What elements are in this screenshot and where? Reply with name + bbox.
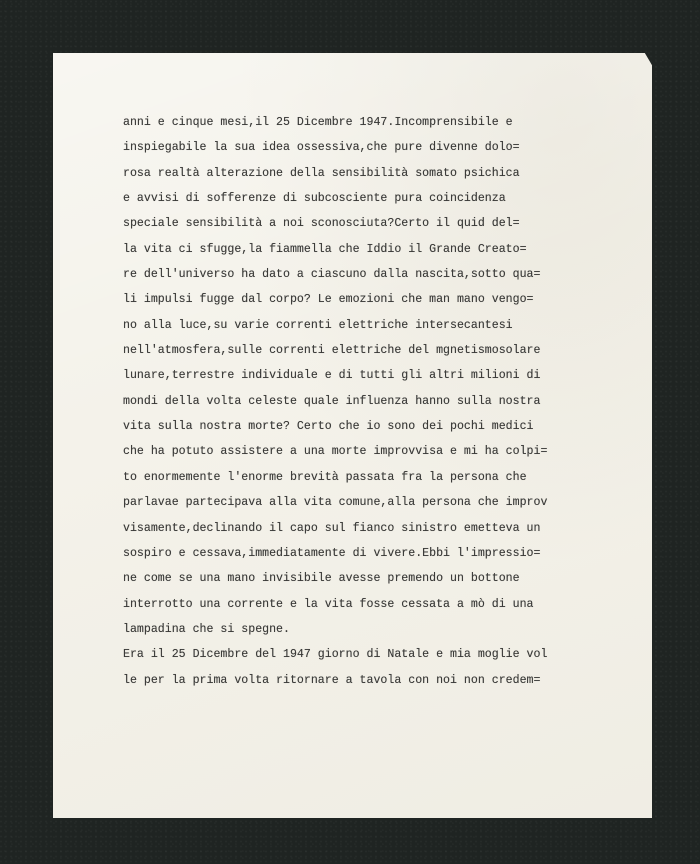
- text-line: vita sulla nostra morte? Certo che io so…: [123, 414, 547, 439]
- text-line: li impulsi fugge dal corpo? Le emozioni …: [123, 287, 547, 312]
- text-line: mondi della volta celeste quale influenz…: [123, 389, 547, 414]
- text-line: sospiro e cessava,immediatamente di vive…: [123, 541, 547, 566]
- text-line: le per la prima volta ritornare a tavola…: [123, 668, 547, 693]
- text-line: lunare,terrestre individuale e di tutti …: [123, 363, 547, 388]
- text-line: nell'atmosfera,sulle correnti elettriche…: [123, 338, 547, 363]
- typewritten-text-body: anni e cinque mesi,il 25 Dicembre 1947.I…: [123, 110, 547, 693]
- text-line: interrotto una corrente e la vita fosse …: [123, 592, 547, 617]
- text-line: inspiegabile la sua idea ossessiva,che p…: [123, 135, 547, 160]
- text-line: la vita ci sfugge,la fiammella che Iddio…: [123, 237, 547, 262]
- text-line: parlavae partecipava alla vita comune,al…: [123, 490, 547, 515]
- text-line: visamente,declinando il capo sul fianco …: [123, 516, 547, 541]
- text-line: ne come se una mano invisibile avesse pr…: [123, 566, 547, 591]
- text-line: no alla luce,su varie correnti elettrich…: [123, 313, 547, 338]
- text-line: rosa realtà alterazione della sensibilit…: [123, 161, 547, 186]
- text-line: anni e cinque mesi,il 25 Dicembre 1947.I…: [123, 110, 547, 135]
- text-line: lampadina che si spegne.: [123, 617, 547, 642]
- text-line: e avvisi di sofferenze di subcosciente p…: [123, 186, 547, 211]
- text-line: speciale sensibilità a noi sconosciuta?C…: [123, 211, 547, 236]
- text-line: re dell'universo ha dato a ciascuno dall…: [123, 262, 547, 287]
- text-line: Era il 25 Dicembre del 1947 giorno di Na…: [123, 642, 547, 667]
- text-line: to enormemente l'enorme brevità passata …: [123, 465, 547, 490]
- typewritten-page: anni e cinque mesi,il 25 Dicembre 1947.I…: [53, 53, 652, 818]
- text-line: che ha potuto assistere a una morte impr…: [123, 439, 547, 464]
